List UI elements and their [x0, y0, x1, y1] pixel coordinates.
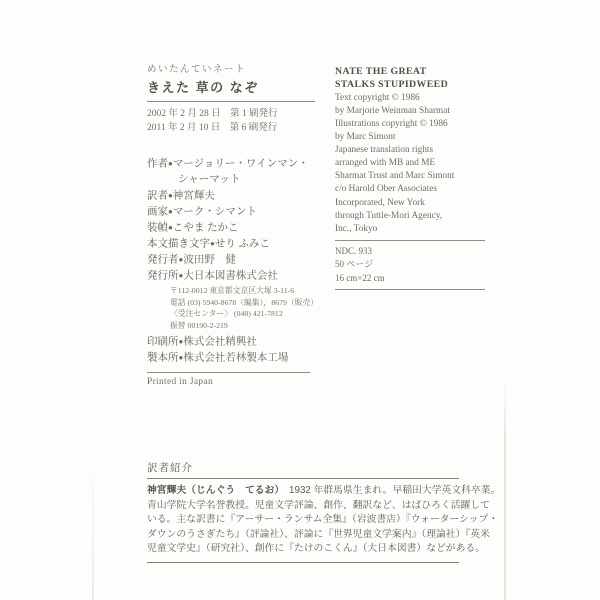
- credit-publisher-person: 発行者●波田野 健: [147, 252, 315, 268]
- rights-line: by Marc Simont: [335, 131, 485, 144]
- bio-divider-bottom: [147, 562, 459, 563]
- credit-publisher-company: 発行所●大日本図書株式会社: [147, 268, 315, 284]
- catalog-divider-top: [335, 240, 485, 241]
- credit-lettering: 本文描き文字●せり ふみこ: [147, 236, 315, 252]
- page-edge-shadow-right: [504, 380, 506, 600]
- series-title: めいたんていネート: [147, 61, 315, 75]
- printing-line-1: 2002 年 2 月 28 日 第 1 刷発行: [147, 108, 315, 122]
- rights-line: Incorporated, New York: [335, 197, 485, 210]
- original-title-line2: STALKS STUPIDWEED: [335, 78, 485, 91]
- catalog-divider-bottom: [335, 289, 485, 290]
- credit-author-wrap: シャーマット: [147, 172, 315, 188]
- credit-printer: 印刷所●株式会社精興社: [147, 334, 315, 350]
- original-title-line1: NATE THE GREAT: [335, 65, 485, 78]
- printed-in-japan: Printed in Japan: [147, 377, 315, 387]
- printing-line-2: 2011 年 2 月 10 日 第 6 刷発行: [147, 122, 315, 136]
- translator-bio-heading: 訳者紹介: [147, 460, 459, 475]
- rights-line: arranged with MB and ME: [335, 157, 485, 170]
- translator-bio-section: 訳者紹介 神宮輝夫（じんぐう てるお） 1932 年群馬県生まれ。早稲田大学英文…: [147, 460, 459, 563]
- rights-line: c/o Harold Ober Associates: [335, 183, 485, 196]
- credit-author: 作者●マージョリー・ワインマン・: [147, 156, 315, 172]
- credits-list: 作者●マージョリー・ワインマン・ シャーマット 訳者●神宮輝夫 画家●マーク・シ…: [147, 156, 315, 366]
- rights-right-column: NATE THE GREAT STALKS STUPIDWEED Text co…: [335, 65, 485, 294]
- bio-line-1: 神宮輝夫（じんぐう てるお） 1932 年群馬県生まれ。早稲田大学英文科卒業。: [147, 484, 459, 499]
- publisher-postal-transfer: 振替 00190-2-219: [170, 320, 315, 332]
- publisher-phone: 電話 (03) 5940-8678（編集），8679（販売）: [170, 297, 315, 309]
- credit-translator: 訳者●神宮輝夫: [147, 188, 315, 204]
- title-divider: [147, 101, 315, 102]
- publisher-address: 〒112-0012 東京都文京区大塚 3-11-6: [170, 285, 315, 297]
- book-dimensions: 16 cm×22 cm: [335, 272, 485, 285]
- bio-line-5: 児童文学史』（研究社）、創作に『たけのこくん』（大日本図書）などがある。: [147, 542, 459, 557]
- ndc-number: NDC. 933: [335, 245, 485, 258]
- bio-line-2: 青山学院大学名誉教授。児童文学評論、創作、翻訳など、はばひろく活躍して: [147, 499, 459, 514]
- page-edge-shadow-left: [92, 455, 94, 600]
- credit-illustrator: 画家●マーク・シマント: [147, 204, 315, 220]
- rights-line: by Marjorie Weinman Sharmat: [335, 105, 485, 118]
- rights-line: Text copyright © 1986: [335, 92, 485, 105]
- rights-line: Japanese translation rights: [335, 144, 485, 157]
- rights-line: Inc., Tokyo: [335, 223, 485, 236]
- translator-name: 神宮輝夫（じんぐう てるお）: [147, 485, 279, 496]
- credit-binding-designer: 装幀●こやま たかこ: [147, 220, 315, 236]
- bio-line-3: いる。主な訳書に『アーサー・ランサム全集』（岩波書店）『ウォーターシップ・: [147, 513, 459, 528]
- bio-divider-top: [147, 478, 459, 479]
- publisher-order-center: 〈受注センター〉 (048) 421-7812: [170, 308, 315, 320]
- rights-line: Illustrations copyright © 1986: [335, 118, 485, 131]
- credit-binder: 製本所●株式会社若林製本工場: [147, 350, 315, 366]
- colophon-left-column: めいたんていネート きえた 草の なぞ 2002 年 2 月 28 日 第 1 …: [147, 61, 315, 387]
- printed-in-divider: [147, 372, 310, 373]
- book-title: きえた 草の なぞ: [147, 77, 315, 96]
- rights-line: Sharmat Trust and Marc Simont: [335, 170, 485, 183]
- rights-line: through Tuttle-Mori Agency,: [335, 210, 485, 223]
- bio-line-4: ダウンのうさぎたち』（評論社）、評論に『世界児童文学案内』（理論社）『英米: [147, 528, 459, 543]
- page-count: 50 ページ: [335, 258, 485, 271]
- publisher-details: 〒112-0012 東京都文京区大塚 3-11-6 電話 (03) 5940-8…: [170, 285, 315, 331]
